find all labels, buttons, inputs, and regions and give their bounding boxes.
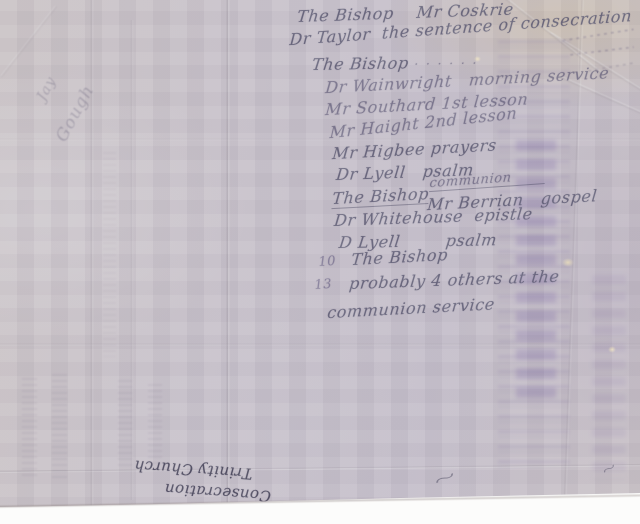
- inverted-docket-note: Consecration Trinity Church: [121, 450, 274, 506]
- pen-squiggle: ~: [600, 460, 620, 481]
- handwritten-line: Mr Berrian gospel: [427, 188, 598, 213]
- faint-scribble: [570, 46, 634, 56]
- wrinkle: [0, 5, 58, 78]
- handwritten-line: D Lyell psalm: [338, 232, 498, 251]
- handwritten-line: Dr Wainwright morning service: [325, 65, 610, 96]
- handwritten-line: Dr Whitehouse epistle: [333, 206, 533, 229]
- handwritten-line: Dr Taylor the sentence of consecration: [289, 8, 633, 48]
- bleed-through-print-right-dark: [516, 140, 556, 402]
- bleed-through-column: [118, 380, 132, 468]
- foxing-spot: [474, 56, 481, 62]
- faint-scribble: [588, 62, 634, 72]
- bleed-through-column: [52, 374, 67, 478]
- handwritten-line: Mr Higbee prayers: [332, 137, 498, 162]
- horizontal-fold-crease: [0, 138, 640, 141]
- horizontal-fold-crease: [0, 343, 640, 346]
- wrinkle: [560, 76, 640, 128]
- wrinkle: [485, 0, 605, 77]
- horizontal-fold-crease: [0, 464, 640, 474]
- margin-number: 10: [318, 255, 337, 269]
- handwritten-text: The Bishop: [311, 53, 416, 74]
- handwritten-line: The Bishop: [351, 247, 449, 268]
- faint-scribble: [562, 28, 633, 41]
- handwritten-line: The Bishop Mr Coskrie: [296, 1, 514, 25]
- vertical-fold-crease: [90, 0, 94, 507]
- foxing-spot: [608, 346, 616, 353]
- dotted-rule: · · · · · ·: [413, 56, 479, 71]
- handwritten-line: Mr Haight 2nd lesson: [329, 105, 517, 141]
- scanned-document: The Bishop Mr Coskrie Dr Taylor the sent…: [0, 0, 640, 524]
- vertical-fold-crease: [130, 20, 134, 500]
- handwritten-line: The Bishop: [331, 186, 429, 209]
- handwritten-line: Dr Lyell psalm: [335, 162, 474, 183]
- bleed-through-print-right-edge: [592, 275, 626, 480]
- bleed-through-column: [103, 152, 116, 357]
- bleed-through-column: [22, 378, 37, 478]
- handwritten-line: probably 4 others at the: [348, 269, 560, 292]
- faint-pencil-word: Gough: [52, 82, 99, 146]
- manuscript-paper: The Bishop Mr Coskrie Dr Taylor the sent…: [0, 0, 640, 524]
- docket-line: Trinity Church: [122, 454, 253, 484]
- pen-squiggle: ~: [431, 465, 459, 493]
- wrinkle: [549, 32, 640, 103]
- handwritten-line: communion service: [327, 296, 496, 321]
- vertical-fold-crease: [226, 0, 230, 503]
- handwritten-line: The Bishop · · · · · ·: [311, 54, 479, 73]
- faint-pencil-word: Jay: [34, 74, 60, 103]
- bleed-through-column: [148, 384, 162, 464]
- margin-number: 13: [314, 278, 333, 292]
- handwritten-line: Mr Southard 1st lesson: [325, 91, 529, 118]
- handwritten-annotation: communion: [429, 169, 546, 192]
- vertical-fold-crease: [563, 0, 584, 495]
- bleed-through-print-right: [498, 34, 570, 470]
- foxing-spot: [562, 258, 574, 267]
